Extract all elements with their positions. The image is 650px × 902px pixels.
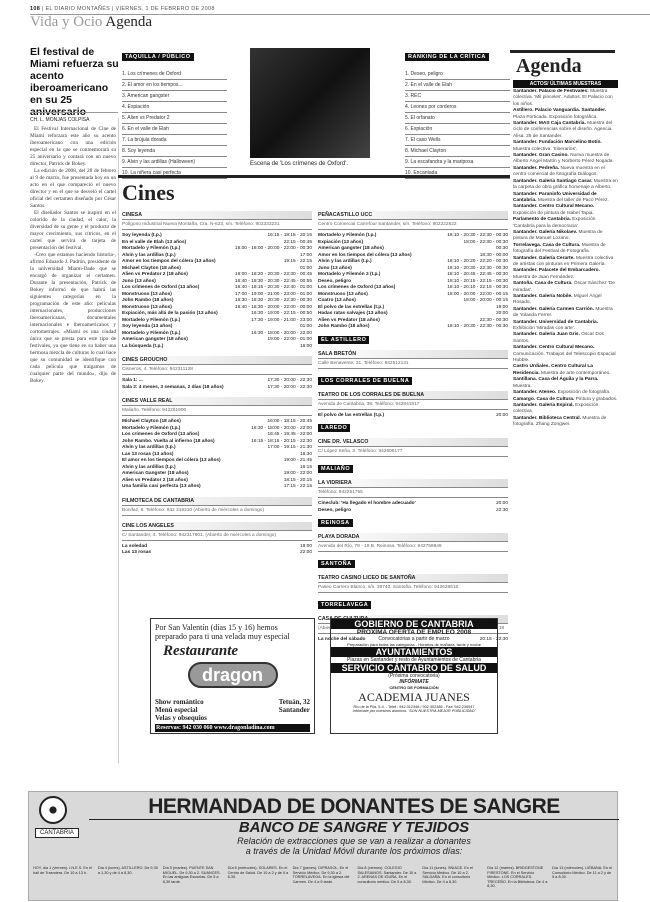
section-rule bbox=[118, 175, 510, 178]
ranking-item: 7. El caso Wells bbox=[405, 135, 510, 146]
donation-day: HOY, día 1 (viernes). I.N.E.S. En el hal… bbox=[33, 866, 94, 889]
ad-city: Santander bbox=[279, 706, 310, 714]
donation-day: Día 8 (viernes). COLEGIO SALESIANOS. San… bbox=[357, 866, 418, 889]
cinema-name: CINE DR. VELASCO bbox=[318, 438, 508, 447]
agenda-entry: Santander. Centro Cultural Mecano. Expos… bbox=[513, 204, 618, 217]
agenda-entry: Santander. Gran Casino. Nueva muestra de… bbox=[513, 153, 618, 166]
article-byline: CH. L. MONJAS COLPISA bbox=[30, 112, 118, 123]
donor-logo-icon bbox=[39, 796, 67, 824]
ad-heading: SERVICIO CÁNTABRO DE SALUD bbox=[331, 663, 497, 673]
agenda-place: Santander. Ateneo. bbox=[513, 390, 556, 395]
agenda-place: Santander. Galería Espiral. bbox=[513, 403, 574, 408]
showtime-row: El polvo de las estrellas (t.p.)20:00 bbox=[318, 413, 508, 420]
agenda-bar: ACTOS/ ÚLTIMAS MUESTRAS bbox=[513, 80, 618, 88]
agenda-entry: Santander. Galería Carmen Carrión. Muest… bbox=[513, 307, 618, 320]
film-title: Las 13 rosas bbox=[122, 550, 151, 557]
ranking-item: 9. La escafandra y la mariposa bbox=[405, 157, 510, 168]
agenda-desc: Exposición de pintura de Isabel Tapia. bbox=[513, 211, 594, 216]
blood-title: HERMANDAD DE DONANTES DE SANGRE bbox=[89, 795, 619, 820]
agenda-desc: Comunicación. Trabajos del Telescopio Es… bbox=[513, 352, 616, 363]
cinemas-left-column: CINESAPolígono Industrial Nueva Montaña,… bbox=[122, 205, 312, 557]
agenda-desc: Muestra de Juan Fernández. bbox=[513, 275, 574, 280]
agenda-title: Agenda bbox=[516, 55, 582, 78]
agenda-desc: Muestra del taller de Paco Pérez. bbox=[538, 198, 609, 203]
region-label: SANTOÑA bbox=[318, 560, 355, 568]
showtime-row: Las 13 rosas22:00 bbox=[122, 550, 312, 557]
agenda-place: Santoña. Casa de Cultura. bbox=[513, 281, 572, 286]
ranking-item: 3. REC bbox=[405, 91, 510, 102]
agenda-entry: Parlamento de Cantabria. Exposición 'Can… bbox=[513, 217, 618, 230]
agenda-place: Astillero. Palacio Vanguardia. Santander… bbox=[513, 108, 606, 113]
film-title: El polvo de las estrellas (t.p.) bbox=[318, 413, 384, 420]
cinema-address: Avenida de Cantabria, 38. Teléfono: 9428… bbox=[318, 400, 508, 410]
cinema-address: Teléfono: 942251755 bbox=[318, 488, 508, 498]
showtime-row: La búsqueda (t.p.)16:00 bbox=[122, 344, 312, 351]
ad-restaurant-label: Restaurante bbox=[163, 643, 310, 660]
region-label: EL ASTILLERO bbox=[318, 336, 369, 344]
agenda-desc: Muestra de arte contemporáneo. bbox=[541, 371, 611, 376]
article-headline: El festival de Miami refuerza su acento … bbox=[30, 46, 120, 118]
agenda-entry: Santander. Galería Juan Gris. Óscar Dos … bbox=[513, 332, 618, 345]
agenda-desc: Muestra colectiva. 'Itinerarios'. bbox=[513, 147, 577, 152]
blood-subtitle: BANCO DE SANGRE Y TEJIDOS bbox=[89, 819, 619, 836]
agenda-place: Camargo. Casa de Cultura. bbox=[513, 397, 574, 402]
ranking-item: 6. Expiación bbox=[405, 124, 510, 135]
ad-footer[interactable]: Reservas: 942 030 060 www.dragonladina.c… bbox=[155, 724, 310, 732]
cinema-name: CINESA bbox=[122, 211, 312, 220]
ad-subheading: PRÓXIMA OFERTA DE EMPLEO 2008 bbox=[331, 629, 497, 636]
agenda-entry: Santander. Fundación Marcelino Botín. Mu… bbox=[513, 140, 618, 153]
taquilla-item: 1. Los crímenes de Oxford bbox=[122, 69, 227, 80]
cinema-name: CINES VALLE REAL bbox=[122, 397, 312, 406]
agenda-desc: Pintura y grabados. bbox=[576, 397, 618, 402]
showtime-row: Sala 2: 4 meses, 3 semanas, 2 días (18 a… bbox=[122, 385, 312, 392]
taquilla-item: 8. Soy leyenda bbox=[122, 146, 227, 157]
film-title: Una familia casi perfecta (13 años) bbox=[122, 484, 201, 491]
ad-heading: GOBIERNO DE CANTABRIA bbox=[331, 619, 497, 629]
taquilla-item: 7. La brújula dorada bbox=[122, 135, 227, 146]
showtime-row: Una familia casi perfecta (13 años)17:15… bbox=[122, 484, 312, 491]
taquilla-item: 9. Alvin y las ardillas (Halloween) bbox=[122, 157, 227, 168]
agenda-entry: Santoña. Casa de Cultura. Óscar Sánchez … bbox=[513, 281, 618, 294]
donation-day: Día 12 (martes). BRIDGESTONE FIRESTONE. … bbox=[487, 866, 548, 889]
taquilla-item: 3. American gangster bbox=[122, 91, 227, 102]
ranking-item: 2. En el valle de Elah bbox=[405, 80, 510, 91]
donation-day: Día 6 (miércoles). SOLARES. En el Centro… bbox=[228, 866, 289, 889]
taquilla-list: 1. Los crímenes de Oxford2. El amor en l… bbox=[122, 69, 227, 179]
agenda-place: Torrelavega. Casa de Cultura. bbox=[513, 243, 580, 248]
ranking-title: RANKING DE LA CRÍTICA bbox=[405, 53, 489, 61]
subsection-label: Agenda bbox=[105, 14, 152, 30]
agenda-place: Santander. Centro Cultural Mecano. bbox=[513, 204, 594, 209]
agenda-place: Parlamento de Cantabria. bbox=[513, 217, 571, 222]
article-paragraph: -Creo que estamos haciendo historia-, af… bbox=[30, 252, 116, 385]
ad-line: Show romántico bbox=[155, 698, 207, 706]
ranking-item: 5. El orfanato bbox=[405, 113, 510, 124]
ad-intro: Por San Valentín (días 15 y 16) hemos pr… bbox=[155, 623, 310, 641]
region-label: REINOSA bbox=[318, 519, 353, 527]
cinema-address: Polígono Industrial Nueva Montaña, Cra. … bbox=[122, 220, 312, 230]
agenda-place: Santander. Galería Juan Gris. bbox=[513, 332, 580, 337]
film-times: 20:00 bbox=[496, 413, 508, 420]
agenda-place: Santander. Galería Santiago Casar. bbox=[513, 179, 592, 184]
agenda-place: Santander. MAS Caja Cantabria. bbox=[513, 121, 586, 126]
agenda-entry: Santander. Palacio de Festivales: Muestr… bbox=[513, 89, 618, 108]
agenda-desc: Muestra. bbox=[513, 384, 532, 389]
donation-day: Día 4 (lunes). ASTILLERO. De 9,30 a 1,30… bbox=[98, 866, 159, 889]
agenda-desc: Exhibición 'Miradas con arte'. bbox=[513, 326, 575, 331]
cines-title: Cines bbox=[122, 180, 175, 206]
agenda-rule bbox=[510, 50, 615, 53]
cinema-address: Paseo Carrero Blanco, s/n. 39740. Santoñ… bbox=[318, 583, 508, 593]
taquilla-item: 4. Expiación bbox=[122, 102, 227, 113]
ad-line: Velas y obsequios bbox=[155, 714, 207, 722]
ad-address: Tetuán, 32 bbox=[279, 698, 310, 706]
section-label: Vida y Ocio bbox=[30, 14, 102, 30]
film-title: Sala 2: 4 meses, 3 semanas, 2 días (18 a… bbox=[122, 385, 224, 392]
showtime-row: John Rambo (18 años)18:10 - 20:30 - 22:3… bbox=[318, 324, 508, 331]
page-number: 108 bbox=[30, 6, 40, 12]
donation-day: Día 7 (jueves). DIPRASOL. En el Servicio… bbox=[293, 866, 354, 889]
agenda-entry: Astillero. Palacio Vanguardia. Santander… bbox=[513, 108, 618, 121]
agenda-place: Santander. Galería Carmen Carrión. bbox=[513, 307, 594, 312]
region-label: TORRELAVEGA bbox=[318, 601, 371, 609]
film-times: 22:30 bbox=[496, 508, 508, 515]
agenda-place: Santander. Palacio de Festivales: bbox=[513, 89, 589, 94]
film-title: John Rambo (18 años) bbox=[318, 324, 369, 331]
cinemas-right-column: PEÑACASTILLO UCCCentro Comercial Carrefo… bbox=[318, 205, 508, 644]
ad-line: Menú especial bbox=[155, 706, 207, 714]
agenda-entry: Santander. Universidad de Cantabria. Exh… bbox=[513, 320, 618, 333]
region-label: MALIAÑO bbox=[318, 465, 353, 473]
agenda-entry: Santander. Centro Cultural Mecano. Comun… bbox=[513, 345, 618, 364]
cinema-name: FILMOTECA DE CANTABRIA bbox=[122, 497, 312, 506]
agenda-desc: Exposición de fotografía. bbox=[558, 390, 611, 395]
showtime-row: Deseo, peligro22:30 bbox=[318, 508, 508, 515]
cinema-name: CINE LOS ANGELES bbox=[122, 522, 312, 531]
agenda-place: Santander. Centro Cultural Mecano. bbox=[513, 345, 594, 350]
agenda-place: Santander. Universidad de Cantabria. bbox=[513, 320, 598, 325]
film-times: 16:00 bbox=[300, 344, 312, 351]
agenda-entry: Santander. Palacete del Embarcadero. Mue… bbox=[513, 268, 618, 281]
agenda-entry: Santander. Galería Espiral. Exposición c… bbox=[513, 403, 618, 416]
cinema-address: Avenida del Río, 79 - 19 B. Reinosa. Tel… bbox=[318, 542, 508, 552]
restaurant-ad[interactable]: Por San Valentín (días 15 y 16) hemos pr… bbox=[150, 618, 315, 734]
ranking-item: 4. Leones por corderos bbox=[405, 102, 510, 113]
cinema-address: Maliaño. Teléfono: 942261900 bbox=[122, 406, 312, 416]
agenda-entry: Santander. Galería Nikolaev. Muestra de … bbox=[513, 230, 618, 243]
cinema-address: C/ Santander, 4. Teléfono: 942317901. (A… bbox=[122, 531, 312, 541]
column-divider bbox=[118, 118, 119, 763]
film-times: 18:10 - 20:30 - 22:30 - 00:30 bbox=[447, 324, 508, 331]
academy-name: ACADEMIA JUANES bbox=[331, 690, 497, 705]
agenda-place: Santander. Palacete del Embarcadero. bbox=[513, 268, 600, 273]
agenda-place: Santander. Biblioteca Central. bbox=[513, 416, 581, 421]
film-title: Deseo, peligro bbox=[318, 508, 351, 515]
taquilla-title: TAQUILLA / PÚBLICO bbox=[122, 53, 194, 61]
agenda-list: Santander. Palacio de Festivales: Muestr… bbox=[513, 89, 618, 749]
agenda-entry: Santillana. Casa del Águila y la Parra. … bbox=[513, 377, 618, 390]
ranking-box: RANKING DE LA CRÍTICA 1. Deseo, peligro2… bbox=[405, 45, 510, 179]
film-times: 17:15 - 22:15 bbox=[284, 484, 312, 491]
article-paragraph: El Festival Internacional de Cine de Mia… bbox=[30, 126, 116, 168]
article-paragraph: La edición de 2008, del 28 de febrero al… bbox=[30, 168, 116, 210]
agenda-place: Santander. Galería Nobile. bbox=[513, 294, 572, 299]
agenda-entry: Santander. Paraninfo Universidad de Cant… bbox=[513, 192, 618, 205]
agenda-entry: Santander. MAS Caja Cantabria. Muestra d… bbox=[513, 121, 618, 140]
agenda-entry: Castro Urdiales. Centro Cultural La Resi… bbox=[513, 364, 618, 377]
agenda-place: Santander. Gran Casino. bbox=[513, 153, 569, 158]
article-paragraph: El diseñador Santos se inspiró en el col… bbox=[30, 210, 116, 252]
photo-caption: Escena de 'Los crímenes de Oxford'. bbox=[250, 161, 348, 167]
taquilla-item: 5. Alien vs Predator 2 bbox=[122, 113, 227, 124]
logo-label: CANTABRIA bbox=[35, 828, 79, 838]
dragon-logo: dragon bbox=[188, 662, 278, 688]
film-title: La búsqueda (t.p.) bbox=[122, 344, 163, 351]
agenda-entry: Torrelavega. Casa de Cultura. Muestra de… bbox=[513, 243, 618, 256]
region-label: LOS CORRALES DE BUELNA bbox=[318, 377, 412, 385]
article-body: El Festival Internacional de Cine de Mia… bbox=[30, 126, 116, 766]
film-photo bbox=[250, 48, 370, 158]
agenda-entry: Santander. Galería Cerarte. Muestra cole… bbox=[513, 256, 618, 269]
donation-day: Día 11 (lunes). SNIACE. En el Servicio M… bbox=[422, 866, 483, 889]
donation-day: Día 13 (miércoles). LIÉBANA. En el Consu… bbox=[552, 866, 613, 889]
agenda-place: Santander. Galería Cerarte. bbox=[513, 256, 575, 261]
cinema-name: TEATRO DE LOS CORRALES DE BUELNA bbox=[318, 391, 508, 400]
ranking-item: 8. Michael Clayton bbox=[405, 146, 510, 157]
agenda-entry: Santander. Galería Santiago Casar. Muest… bbox=[513, 179, 618, 192]
cinema-address: Cisneros, 4. Teléfono: 942311128 bbox=[122, 365, 312, 375]
agenda-entry: Santander. Galería Nobile. Miguel Ángel … bbox=[513, 294, 618, 307]
cinema-name: PLAYA DORADA bbox=[318, 533, 508, 542]
donation-day: Día 5 (martes). PUENTE SAN MIGUEL. De 9,… bbox=[163, 866, 224, 889]
ranking-list: 1. Deseo, peligro2. En el valle de Elah3… bbox=[405, 69, 510, 179]
agenda-place: Santander. Galería Nikolaev. bbox=[513, 230, 577, 235]
taquilla-item: 6. En el valle de Elah bbox=[122, 124, 227, 135]
agenda-place: Santillana. Casa del Águila y la Parra. bbox=[513, 377, 598, 382]
ad-tagline: Infórmate por nuestros alumnos. 'SON NUE… bbox=[331, 709, 497, 713]
region-label: LAREDO bbox=[318, 424, 350, 432]
ad-heading: AYUNTAMIENTOS bbox=[331, 647, 497, 657]
blood-desc: Relación de extracciones que se van a re… bbox=[89, 836, 619, 846]
cinema-address: Centro Comercial Carrefour Santander, s/… bbox=[318, 220, 508, 230]
taquilla-box: TAQUILLA / PÚBLICO 1. Los crímenes de Ox… bbox=[122, 45, 227, 179]
section-title: Vida y Ocio Agenda bbox=[30, 14, 152, 31]
cinema-address: Bonifaz, 6. Teléfono: 942 319310 (Abiert… bbox=[122, 506, 312, 516]
film-times: 22:00 bbox=[300, 550, 312, 557]
agenda-desc: Plaza Porticada. Exposición fotográfica. bbox=[513, 115, 598, 120]
academia-ad[interactable]: GOBIERNO DE CANTABRIA PRÓXIMA OFERTA DE … bbox=[330, 618, 498, 734]
cinema-name: TEATRO CASINO LICEO DE SANTOÑA bbox=[318, 574, 508, 583]
donation-schedule: HOY, día 1 (viernes). I.N.E.S. En el hal… bbox=[33, 866, 613, 889]
ranking-item: 1. Deseo, peligro bbox=[405, 69, 510, 80]
agenda-place: Santander. Fundación Marcelino Botín. bbox=[513, 140, 602, 145]
cinema-address: C/ López Seña, 3. Teléfono: 942605177 bbox=[318, 447, 508, 457]
cinema-address: Calle Benavente, 31. Teléfono: 942512131 bbox=[318, 359, 508, 369]
taquilla-item: 2. El amor en los tiempos... bbox=[122, 80, 227, 91]
paper-name: EL DIARIO MONTAÑÉS bbox=[45, 6, 110, 12]
issue-date: VIERNES, 1 DE FEBRERO DE 2008 bbox=[116, 6, 215, 12]
cinema-name: PEÑACASTILLO UCC bbox=[318, 211, 508, 220]
cinema-name: SALA BRETÓN bbox=[318, 350, 508, 359]
film-times: 17:30 - 20:00 - 22:30 bbox=[267, 385, 312, 392]
agenda-entry: Santander. Biblioteca Central. Muestra d… bbox=[513, 416, 618, 429]
cinema-name: LA VIDRIERA bbox=[318, 479, 508, 488]
blood-donor-ad: CANTABRIA HERMANDAD DE DONANTES DE SANGR… bbox=[28, 791, 618, 901]
cinema-name: CINES GROUCHO bbox=[122, 356, 312, 365]
agenda-entry: Santander. Pedreña. Nueva muestra en el … bbox=[513, 166, 618, 179]
blood-desc: a través de la Unidad Móvil durante los … bbox=[89, 846, 619, 856]
agenda-place: Santander. Pedreña. bbox=[513, 166, 559, 171]
